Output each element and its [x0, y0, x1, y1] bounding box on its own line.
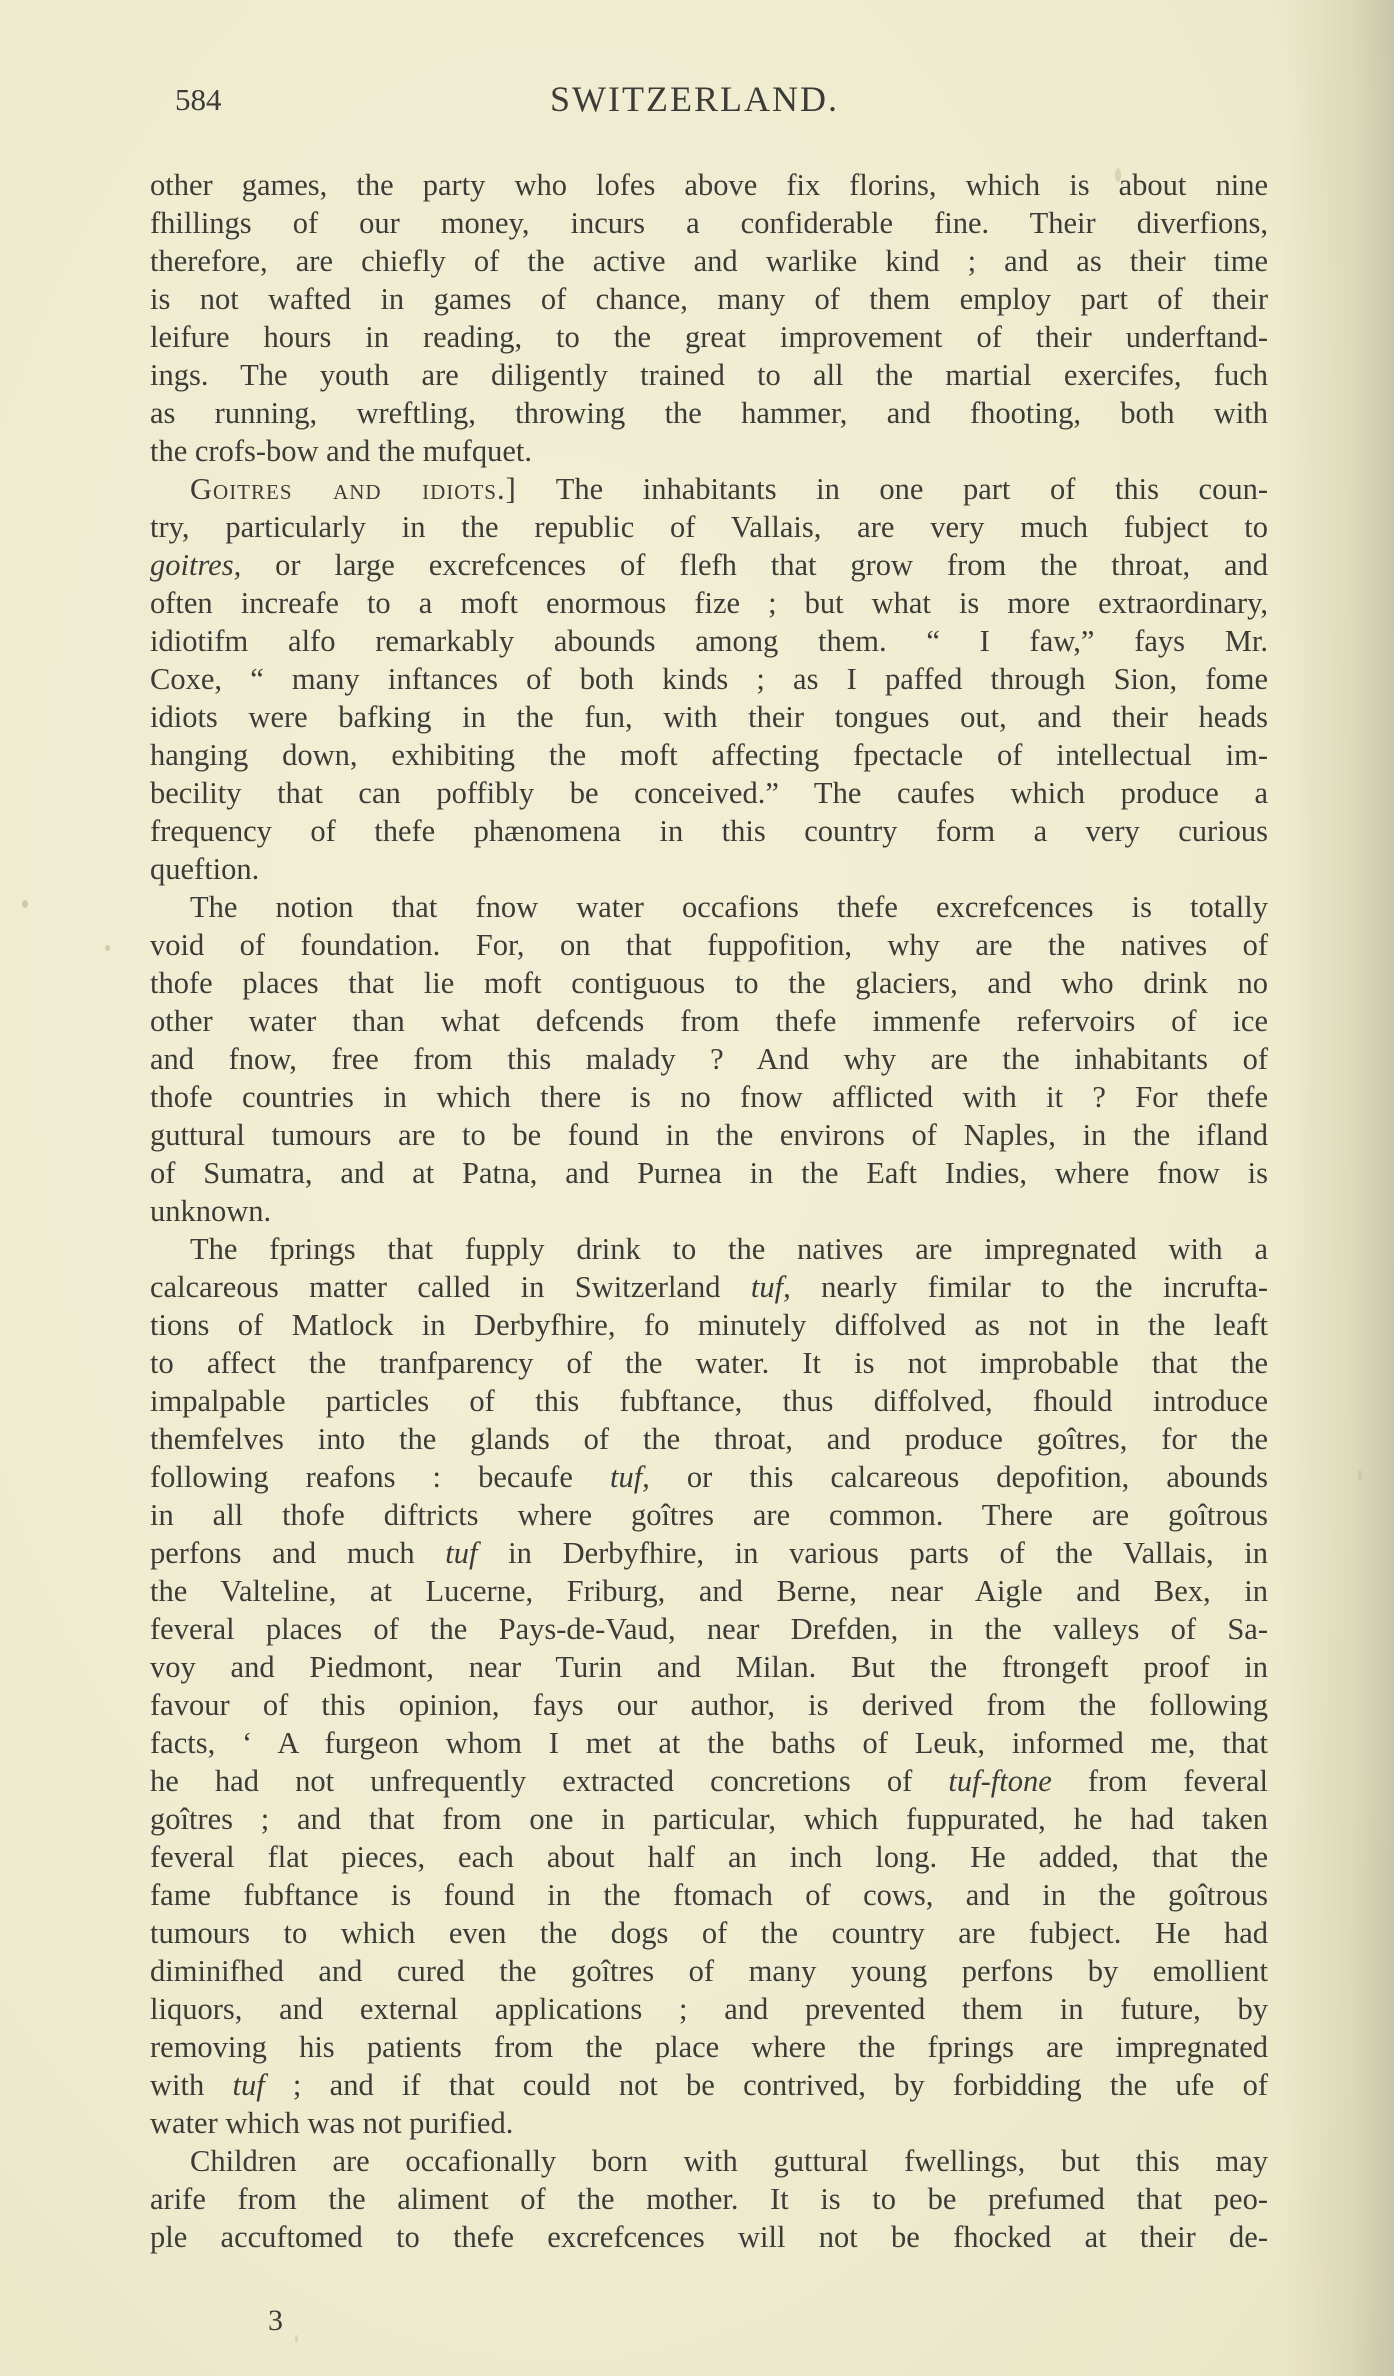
text-line: liquors, and external applications ; and…	[150, 1990, 1268, 2028]
text-line: feveral places of the Pays-de-Vaud, near…	[150, 1610, 1268, 1648]
italic-term: tuf	[445, 1536, 477, 1570]
italic-term: tuf-ftone	[948, 1764, 1051, 1798]
text-line: goitres, or large excrefcences of flefh …	[150, 546, 1268, 584]
text-line: ings. The youth are diligently trained t…	[150, 356, 1268, 394]
text-line: thofe countries in which there is no fno…	[150, 1078, 1268, 1116]
text-line: therefore, are chiefly of the active and…	[150, 242, 1268, 280]
paper-fleck	[105, 945, 110, 951]
text-line: following reafons : becaufe tuf, or this…	[150, 1458, 1268, 1496]
text-line: facts, ‘ A furgeon whom I met at the bat…	[150, 1724, 1268, 1762]
book-page: 584 SWITZERLAND. other games, the party …	[0, 0, 1394, 2376]
text-line: The notion that fnow water occafions the…	[150, 888, 1268, 926]
text-line: unknown.	[150, 1192, 1268, 1230]
text-line: fhillings of our money, incurs a confide…	[150, 204, 1268, 242]
paper-fleck	[1358, 1470, 1362, 1480]
text-line: arife from the aliment of the mother. It…	[150, 2180, 1268, 2218]
paper-fleck	[22, 900, 28, 908]
text-line: feveral flat pieces, each about half an …	[150, 1838, 1268, 1876]
text-line: goîtres ; and that from one in particula…	[150, 1800, 1268, 1838]
text-line: the crofs-bow and the mufquet.	[150, 432, 1268, 470]
running-title: SWITZERLAND.	[550, 78, 839, 120]
text-line: of Sumatra, and at Patna, and Purnea in …	[150, 1154, 1268, 1192]
paragraph: Children are occafionally born with gutt…	[150, 2142, 1268, 2256]
text-line: tumours to which even the dogs of the co…	[150, 1914, 1268, 1952]
text-line: Goitres and idiots.] The inhabitants in …	[150, 470, 1268, 508]
italic-term: tuf,	[610, 1460, 650, 1494]
text-line: The fprings that fupply drink to the nat…	[150, 1230, 1268, 1268]
body-text: other games, the party who lofes above f…	[150, 166, 1268, 2256]
text-line: to affect the tranfparency of the water.…	[150, 1344, 1268, 1382]
text-line: he had not unfrequently extracted concre…	[150, 1762, 1268, 1800]
text-line: queftion.	[150, 850, 1268, 888]
text-line: water which was not purified.	[150, 2104, 1268, 2142]
text-line: often increafe to a moft enormous fize ;…	[150, 584, 1268, 622]
paragraph: Goitres and idiots.] The inhabitants in …	[150, 470, 1268, 888]
text-line: is not wafted in games of chance, many o…	[150, 280, 1268, 318]
running-head: 584 SWITZERLAND.	[150, 78, 1270, 122]
text-line: perfons and much tuf in Derbyfhire, in v…	[150, 1534, 1268, 1572]
paragraph: other games, the party who lofes above f…	[150, 166, 1268, 470]
text-line: tions of Matlock in Derbyfhire, fo minut…	[150, 1306, 1268, 1344]
section-heading: Goitres and idiots.]	[190, 472, 517, 506]
signature-mark: 3	[268, 2304, 283, 2338]
text-line: Coxe, “ many inftances of both kinds ; a…	[150, 660, 1268, 698]
text-line: impalpable particles of this fubftance, …	[150, 1382, 1268, 1420]
text-line: the Valteline, at Lucerne, Friburg, and …	[150, 1572, 1268, 1610]
text-line: Children are occafionally born with gutt…	[150, 2142, 1268, 2180]
text-line: removing his patients from the place whe…	[150, 2028, 1268, 2066]
text-line: try, particularly in the republic of Val…	[150, 508, 1268, 546]
paragraph: The notion that fnow water occafions the…	[150, 888, 1268, 1230]
text-line: voy and Piedmont, near Turin and Milan. …	[150, 1648, 1268, 1686]
text-line: becility that can poffibly be conceived.…	[150, 774, 1268, 812]
text-line: idiotifm alfo remarkably abounds among t…	[150, 622, 1268, 660]
italic-term: tuf,	[751, 1270, 791, 1304]
italic-term: tuf	[232, 2068, 264, 2102]
text-line: and fnow, free from this malady ? And wh…	[150, 1040, 1268, 1078]
text-line: ple accuftomed to thefe excrefcences wil…	[150, 2218, 1268, 2256]
text-line: guttural tumours are to be found in the …	[150, 1116, 1268, 1154]
text-line: leifure hours in reading, to the great i…	[150, 318, 1268, 356]
text-line: favour of this opinion, fays our author,…	[150, 1686, 1268, 1724]
paragraph: The fprings that fupply drink to the nat…	[150, 1230, 1268, 2142]
text-line: as running, wreftling, throwing the hamm…	[150, 394, 1268, 432]
text-line: themfelves into the glands of the throat…	[150, 1420, 1268, 1458]
text-line: diminifhed and cured the goîtres of many…	[150, 1952, 1268, 1990]
page-number: 584	[175, 82, 222, 118]
text-line: thofe places that lie moft contiguous to…	[150, 964, 1268, 1002]
text-line: idiots were bafking in the fun, with the…	[150, 698, 1268, 736]
text-line: calcareous matter called in Switzerland …	[150, 1268, 1268, 1306]
text-line: hanging down, exhibiting the moft affect…	[150, 736, 1268, 774]
text-line: other water than what defcends from thef…	[150, 1002, 1268, 1040]
italic-term: goitres,	[150, 548, 241, 582]
text-line: other games, the party who lofes above f…	[150, 166, 1268, 204]
text-line: in all thofe diftricts where goîtres are…	[150, 1496, 1268, 1534]
text-line: with tuf ; and if that could not be cont…	[150, 2066, 1268, 2104]
paper-fleck	[295, 2335, 298, 2343]
text-line: void of foundation. For, on that fuppofi…	[150, 926, 1268, 964]
text-line: fame fubftance is found in the ftomach o…	[150, 1876, 1268, 1914]
text-line: frequency of thefe phænomena in this cou…	[150, 812, 1268, 850]
paper-fleck	[1115, 168, 1121, 182]
